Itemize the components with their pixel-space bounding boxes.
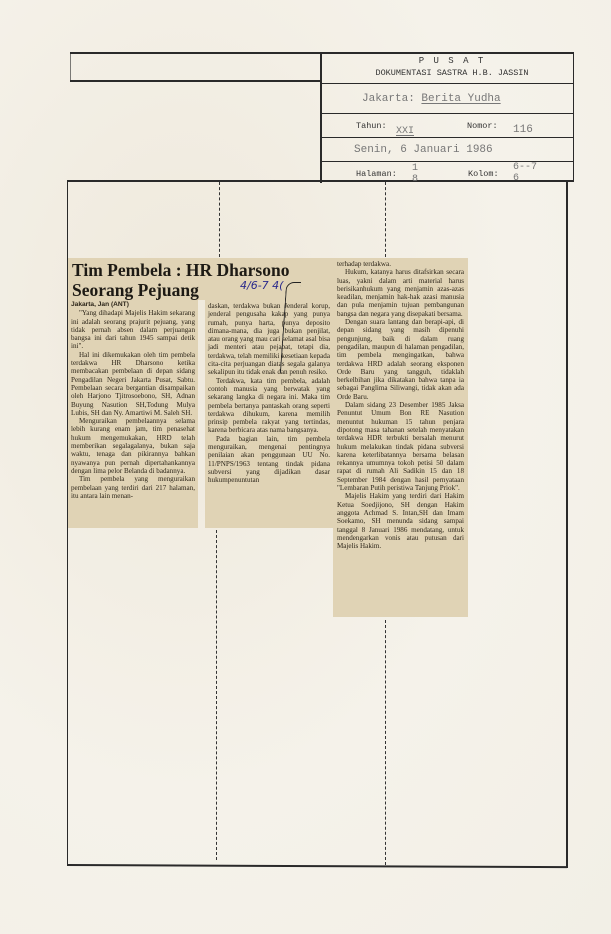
paragraph: Hal ini dikemukakan oleh tim pembela ter… — [71, 351, 195, 417]
article-column-1: Jakarta, Jan (ANT) "Yang dihadapi Majeli… — [68, 300, 198, 528]
column-guide-2 — [385, 182, 386, 257]
publication-date: Senin, 6 Januari 1986 — [354, 144, 493, 156]
header-left-small-rule — [70, 80, 322, 82]
paragraph: Pada bagian lain, tim pembela menguraika… — [208, 435, 330, 485]
paragraph: terhadap terdakwa. — [337, 260, 464, 268]
column-guide-2-lower — [385, 620, 386, 865]
article-column-2: daskan, terdakwa bukan Jenderal korup, j… — [205, 300, 333, 528]
main-frame-top — [67, 180, 574, 182]
paragraph: Majelis Hakim yang terdiri dari Hakim Ke… — [337, 492, 464, 550]
halaman-value-2: 8 — [412, 174, 418, 185]
header-top-rule — [70, 52, 574, 54]
column-guide-1-lower — [216, 530, 217, 860]
paragraph: Terdakwa, kata tim pembela, adalah conto… — [208, 377, 330, 435]
nomor-label: Nomor: — [467, 121, 498, 131]
city-label: Jakarta: — [362, 93, 415, 105]
column-guide-1 — [219, 182, 220, 257]
institution-title: P U S A T — [330, 56, 574, 66]
article-column-3: terhadap terdakwa. Hukum, katanya harus … — [333, 258, 468, 617]
kolom-label: Kolom: — [468, 169, 499, 179]
handwritten-annotation: 4/6-7 4( — [240, 279, 283, 292]
halaman-value-1: 1 — [412, 163, 418, 174]
tahun-value: XXI — [396, 126, 414, 137]
newspaper-name: Berita Yudha — [421, 93, 500, 105]
paragraph: Dalam sidang 23 Desember 1985 Jaksa Penu… — [337, 401, 464, 492]
headline-line-1: Tim Pembela : HR Dharsono — [72, 260, 329, 280]
header-rule-3 — [321, 137, 574, 138]
article-dateline: Jakarta, Jan (ANT) — [71, 301, 195, 309]
tahun-label: Tahun: — [356, 121, 387, 131]
paragraph: Hukum, katanya harus ditafsirkan secara … — [337, 268, 464, 318]
newspaper-source: Jakarta: Berita Yudha — [362, 93, 501, 105]
institution-subtitle: DOKUMENTASI SASTRA H.B. JASSIN — [330, 68, 574, 78]
paragraph: daskan, terdakwa bukan Jenderal korup, j… — [208, 302, 330, 377]
halaman-label: Halaman: — [356, 169, 397, 179]
header-rule-1 — [321, 83, 574, 84]
paragraph: Dengan suara lantang dan berapi-api, di … — [337, 318, 464, 401]
paragraph: Menguraikan pembelaannya selama lebih ku… — [71, 417, 195, 475]
header-left-tick — [70, 52, 71, 80]
kolom-value-2: 6 — [513, 173, 519, 184]
nomor-value: 116 — [513, 124, 533, 136]
header-rule-2 — [321, 113, 574, 114]
paragraph: "Yang dihadapi Majelis Hakim sekarang in… — [71, 309, 195, 350]
paragraph: Tim pembela yang menguraikan pembelaan y… — [71, 475, 195, 500]
frame-right — [566, 181, 568, 868]
kolom-value-1: 6--7 — [513, 162, 537, 173]
header-divider-vertical — [320, 53, 322, 183]
